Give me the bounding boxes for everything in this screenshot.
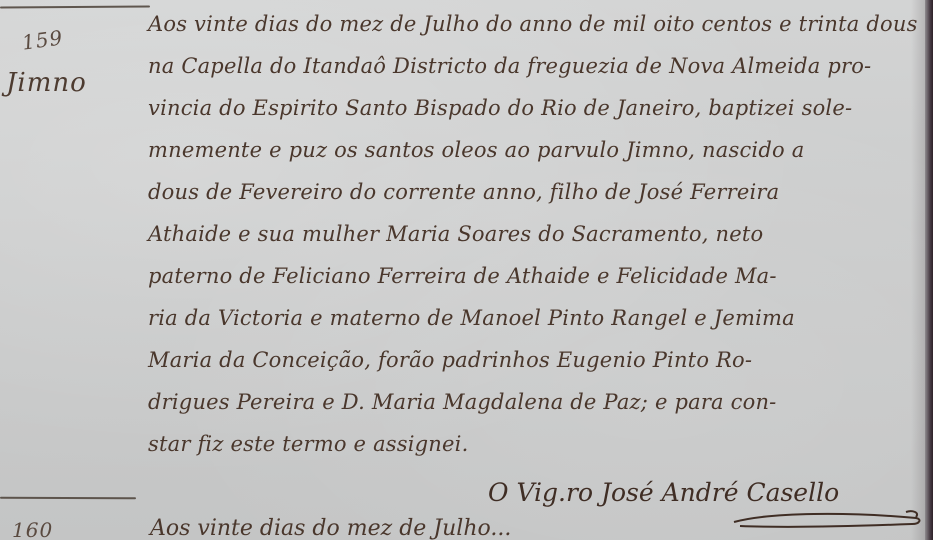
signature-flourish-icon — [730, 508, 925, 530]
entry-line-10: drigues Pereira e D. Maria Magdalena de … — [148, 390, 776, 414]
document-page: 159 Jimno 160 Aos vinte dias do mez de J… — [0, 0, 933, 540]
entry-line-8: ria da Victoria e materno de Manoel Pint… — [148, 306, 795, 330]
entry-line-6: Athaide e sua mulher Maria Soares do Sac… — [148, 222, 763, 246]
page-edge-shadow — [911, 0, 925, 540]
entry-line-11: star fiz este termo e assignei. — [148, 432, 468, 456]
entry-line-9: Maria da Conceição, forão padrinhos Euge… — [148, 348, 752, 372]
entry-line-2: na Capella do Itandaô Districto da fregu… — [148, 54, 871, 78]
entry-line-4: mnemente e puz os santos oleos ao parvul… — [148, 138, 804, 162]
entry-separator-bottom — [0, 497, 136, 499]
entry-line-1: Aos vinte dias do mez de Julho do anno d… — [148, 12, 918, 36]
margin-entry-name: Jimno — [6, 68, 87, 98]
entry-line-3: vincia do Espirito Santo Bispado do Rio … — [148, 96, 852, 120]
margin-entry-number: 159 — [21, 25, 65, 54]
margin-next-entry-number: 160 — [12, 518, 53, 540]
entry-separator-top — [0, 5, 150, 8]
entry-line-5: dous de Fevereiro do corrente anno, filh… — [148, 180, 779, 204]
next-entry-first-line: Aos vinte dias do mez de Julho... — [150, 516, 511, 540]
page-edge — [925, 0, 933, 540]
entry-line-7: paterno de Feliciano Ferreira de Athaide… — [148, 264, 777, 288]
priest-signature: O Vig.ro José André Casello — [488, 478, 839, 507]
